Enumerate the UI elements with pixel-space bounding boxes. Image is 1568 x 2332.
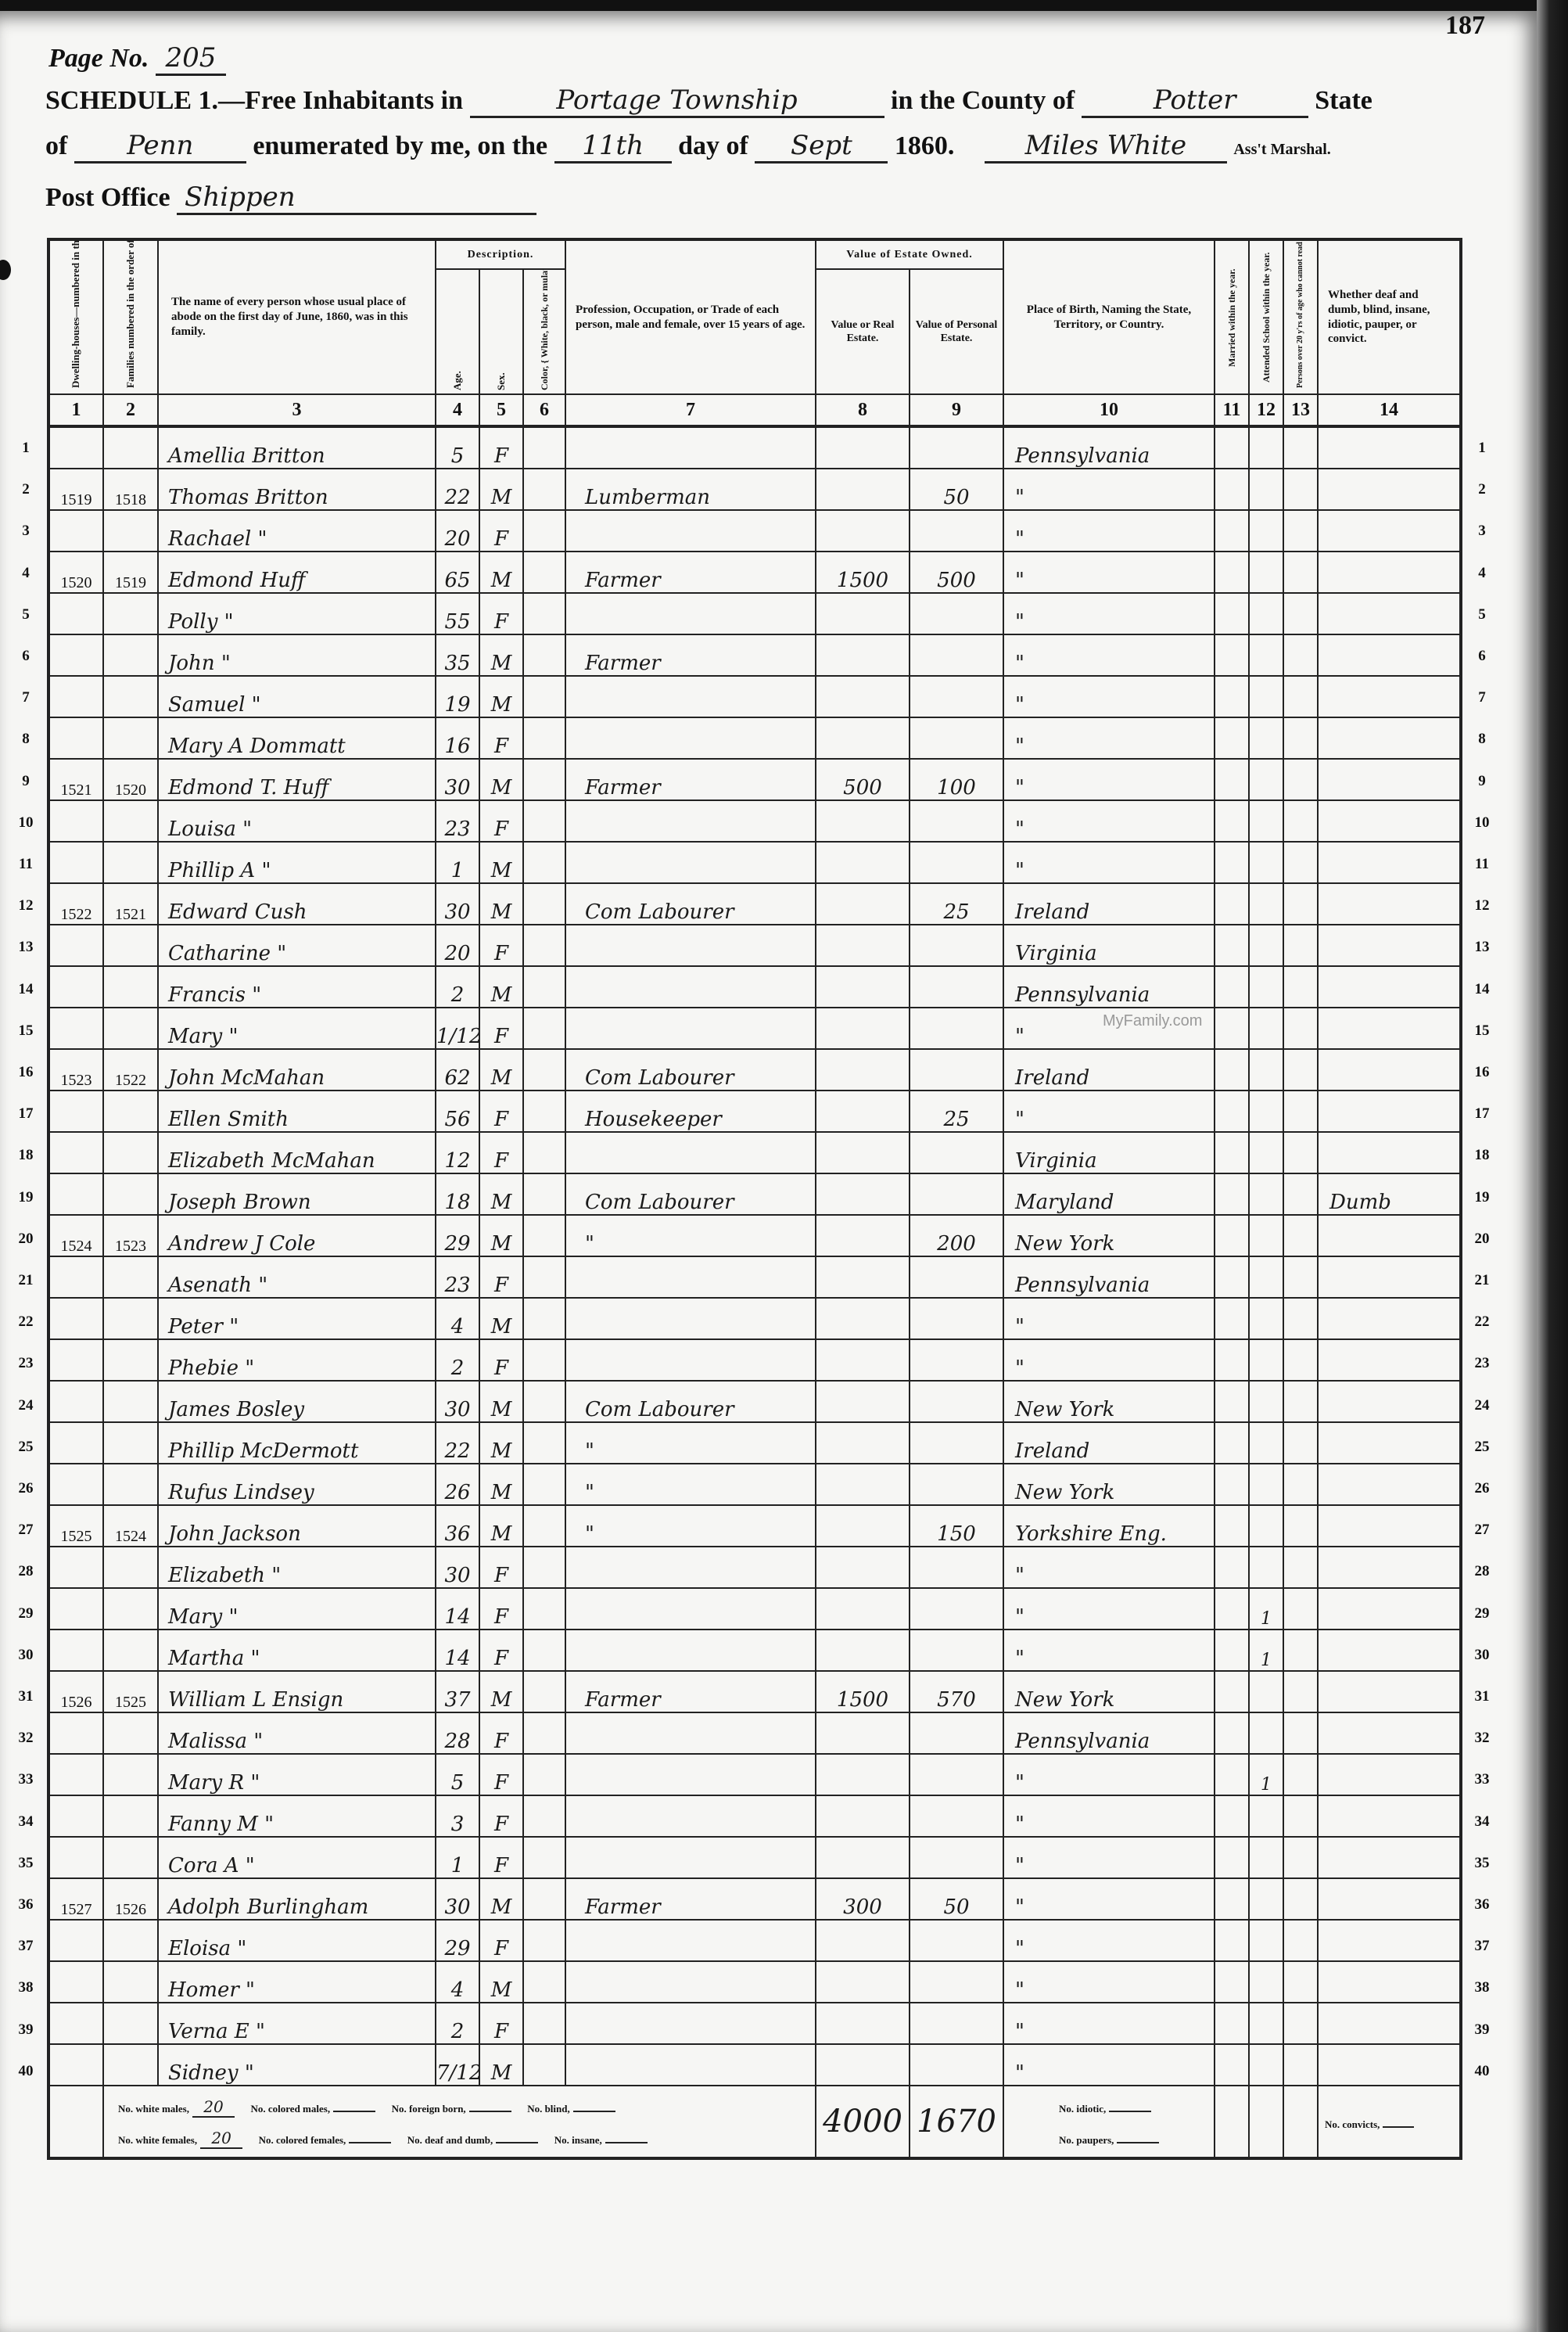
- enumeration-line: of Penn enumerated by me, on the 11th da…: [45, 130, 1331, 163]
- line-number: 10: [14, 814, 38, 832]
- birthplace-cell: ": [1003, 1878, 1215, 1920]
- sex-cell: M: [479, 552, 523, 593]
- sex-cell: F: [479, 2003, 523, 2044]
- line-number: 24: [14, 1397, 38, 1414]
- illiterate-cell: [1283, 2044, 1318, 2086]
- line-number: 21: [14, 1272, 38, 1289]
- person-name: Louisa ": [158, 800, 436, 842]
- real-estate-cell: [816, 1091, 910, 1132]
- line-number: 26: [1470, 1480, 1494, 1497]
- line-number: 31: [14, 1688, 38, 1705]
- occupation-cell: [565, 1920, 816, 1961]
- family-number: [103, 800, 158, 842]
- illiterate-cell: [1283, 842, 1318, 883]
- age-cell: 20: [436, 510, 479, 552]
- personal-estate-cell: [910, 1008, 1003, 1049]
- line-number: 32: [1470, 1730, 1494, 1747]
- age-cell: 19: [436, 676, 479, 717]
- line-number: 25: [1470, 1439, 1494, 1456]
- birthplace-cell: ": [1003, 1630, 1215, 1671]
- table-row: Francis "2MPennsylvania: [48, 966, 1461, 1008]
- convicts-value: [1383, 2126, 1414, 2128]
- schedule-line: SCHEDULE 1.—Free Inhabitants in Portage …: [45, 84, 1372, 118]
- header-estate: Value of Estate Owned.: [816, 239, 1003, 269]
- real-estate-cell: [816, 717, 910, 759]
- birthplace-cell: ": [1003, 1588, 1215, 1630]
- age-cell: 1: [436, 1837, 479, 1878]
- table-row: Joseph Brown18MCom LabourerMarylandDumb: [48, 1173, 1461, 1215]
- line-number: 6: [14, 648, 38, 665]
- family-number: 1521: [103, 883, 158, 925]
- family-number: [103, 1961, 158, 2003]
- age-cell: 35: [436, 634, 479, 676]
- birthplace-cell: ": [1003, 510, 1215, 552]
- disability-cell: [1318, 1588, 1461, 1630]
- color-cell: [523, 1795, 565, 1837]
- family-number: [103, 1298, 158, 1339]
- occupation-cell: [565, 426, 816, 469]
- line-number: 40: [1470, 2063, 1494, 2080]
- sex-cell: F: [479, 717, 523, 759]
- married-cell: [1215, 1547, 1249, 1588]
- color-cell: [523, 1961, 565, 2003]
- line-number: 12: [14, 897, 38, 914]
- dwelling-number: 1522: [48, 883, 103, 925]
- personal-estate-cell: [910, 1339, 1003, 1381]
- sex-cell: F: [479, 426, 523, 469]
- col-number: 8: [816, 394, 910, 426]
- family-number: [103, 593, 158, 634]
- married-cell: [1215, 1381, 1249, 1422]
- birthplace-cell: ": [1003, 1547, 1215, 1588]
- school-cell: [1249, 552, 1283, 593]
- school-cell: [1249, 426, 1283, 469]
- occupation-cell: [565, 717, 816, 759]
- table-row: Peter "4M": [48, 1298, 1461, 1339]
- married-cell: [1215, 1630, 1249, 1671]
- age-cell: 30: [436, 883, 479, 925]
- dwelling-number: [48, 1795, 103, 1837]
- birthplace-cell: ": [1003, 842, 1215, 883]
- married-cell: [1215, 1339, 1249, 1381]
- county-value: Potter: [1082, 84, 1308, 118]
- deaf-dumb-label: No. deaf and dumb,: [407, 2134, 493, 2146]
- personal-estate-cell: [910, 426, 1003, 469]
- school-cell: 1: [1249, 1588, 1283, 1630]
- header-illiterate: Persons over 20 y'rs of age who cannot r…: [1283, 239, 1318, 394]
- illiterate-cell: [1283, 1754, 1318, 1795]
- header-personal-estate: Value of Personal Estate.: [910, 269, 1003, 394]
- real-estate-cell: [816, 1049, 910, 1091]
- col-number: 1: [48, 394, 103, 426]
- person-name: Samuel ": [158, 676, 436, 717]
- sex-cell: F: [479, 1795, 523, 1837]
- real-estate-cell: [816, 593, 910, 634]
- real-estate-cell: [816, 1754, 910, 1795]
- real-estate-cell: [816, 1215, 910, 1256]
- line-number: 39: [1470, 2021, 1494, 2039]
- table-row: Mary A Dommatt16F": [48, 717, 1461, 759]
- color-cell: [523, 1671, 565, 1712]
- occupation-cell: [565, 1339, 816, 1381]
- person-name: Polly ": [158, 593, 436, 634]
- line-number: 8: [1470, 731, 1494, 748]
- real-estate-cell: [816, 1961, 910, 2003]
- real-estate-cell: [816, 1630, 910, 1671]
- personal-estate-cell: [910, 2003, 1003, 2044]
- illiterate-cell: [1283, 759, 1318, 800]
- disability-cell: [1318, 1961, 1461, 2003]
- column-number-row: 1 2 3 4 5 6 7 8 9 10 11 12 13 14: [48, 394, 1461, 426]
- occupation-cell: ": [565, 1505, 816, 1547]
- school-cell: [1249, 883, 1283, 925]
- occupation-cell: [565, 1712, 816, 1754]
- personal-estate-cell: 25: [910, 883, 1003, 925]
- illiterate-cell: [1283, 1215, 1318, 1256]
- illiterate-cell: [1283, 1712, 1318, 1754]
- table-row: Homer "4M": [48, 1961, 1461, 2003]
- illiterate-cell: [1283, 1795, 1318, 1837]
- birthplace-cell: Ireland: [1003, 1422, 1215, 1464]
- occupation-cell: Farmer: [565, 1671, 816, 1712]
- color-cell: [523, 1505, 565, 1547]
- married-cell: [1215, 426, 1249, 469]
- table-row: Eloisa "29F": [48, 1920, 1461, 1961]
- dwelling-number: [48, 1712, 103, 1754]
- married-cell: [1215, 1091, 1249, 1132]
- dwelling-number: [48, 1339, 103, 1381]
- white-males-value: 20: [192, 2097, 235, 2118]
- personal-estate-total: 1670: [910, 2086, 1003, 2158]
- real-estate-cell: [816, 1505, 910, 1547]
- watermark: MyFamily.com: [1103, 1012, 1202, 1030]
- family-number: [103, 1173, 158, 1215]
- blind-label: No. blind,: [527, 2103, 570, 2115]
- person-name: Verna E ": [158, 2003, 436, 2044]
- real-estate-cell: [816, 1422, 910, 1464]
- table-row: 15241523Andrew J Cole29M"200New York: [48, 1215, 1461, 1256]
- married-cell: [1215, 1256, 1249, 1298]
- illiterate-cell: [1283, 469, 1318, 510]
- line-number: 2: [1470, 481, 1494, 498]
- personal-estate-cell: 100: [910, 759, 1003, 800]
- insane-value: [605, 2142, 648, 2143]
- sex-cell: F: [479, 1547, 523, 1588]
- real-estate-cell: 1500: [816, 552, 910, 593]
- dwelling-number: [48, 1961, 103, 2003]
- census-rows: Amellia Britton5FPennsylvania15191518Tho…: [48, 426, 1461, 2086]
- personal-estate-cell: [910, 1173, 1003, 1215]
- line-number: 35: [1470, 1855, 1494, 1872]
- age-cell: 4: [436, 1961, 479, 2003]
- col-number: 4: [436, 394, 479, 426]
- occupation-cell: [565, 510, 816, 552]
- sex-cell: M: [479, 1381, 523, 1422]
- day-of-label: day of: [678, 131, 748, 160]
- school-cell: 1: [1249, 1754, 1283, 1795]
- school-cell: [1249, 1671, 1283, 1712]
- table-row: Mary "1/12F": [48, 1008, 1461, 1049]
- line-number: 5: [1470, 606, 1494, 623]
- person-name: Edmond Huff: [158, 552, 436, 593]
- school-cell: [1249, 1049, 1283, 1091]
- married-cell: [1215, 552, 1249, 593]
- person-name: Martha ": [158, 1630, 436, 1671]
- line-number: 21: [1470, 1272, 1494, 1289]
- dwelling-number: 1526: [48, 1671, 103, 1712]
- dwelling-number: [48, 2003, 103, 2044]
- age-cell: 37: [436, 1671, 479, 1712]
- color-cell: [523, 1547, 565, 1588]
- family-number: [103, 1547, 158, 1588]
- line-number: 39: [14, 2021, 38, 2039]
- person-name: William L Ensign: [158, 1671, 436, 1712]
- person-name: Joseph Brown: [158, 1173, 436, 1215]
- illiterate-cell: [1283, 966, 1318, 1008]
- scan-border-right: [1537, 0, 1568, 2332]
- birthplace-cell: ": [1003, 759, 1215, 800]
- family-number: [103, 1256, 158, 1298]
- table-row: 15231522John McMahan62MCom LabourerIrela…: [48, 1049, 1461, 1091]
- age-cell: 36: [436, 1505, 479, 1547]
- birthplace-cell: Virginia: [1003, 925, 1215, 966]
- sex-cell: M: [479, 676, 523, 717]
- color-cell: [523, 634, 565, 676]
- sex-cell: M: [479, 634, 523, 676]
- table-row: 15191518Thomas Britton22MLumberman50": [48, 469, 1461, 510]
- line-number: 33: [14, 1771, 38, 1788]
- post-office-value: Shippen: [177, 181, 536, 215]
- line-number: 17: [14, 1105, 38, 1123]
- col-number: 13: [1283, 394, 1318, 426]
- sex-cell: F: [479, 593, 523, 634]
- family-number: [103, 925, 158, 966]
- line-number: 36: [1470, 1896, 1494, 1913]
- sex-cell: F: [479, 1712, 523, 1754]
- table-row: Rufus Lindsey26M"New York: [48, 1464, 1461, 1505]
- sex-cell: M: [479, 1215, 523, 1256]
- family-number: [103, 1132, 158, 1173]
- table-row: Louisa "23F": [48, 800, 1461, 842]
- white-females-label: No. white females,: [118, 2134, 197, 2146]
- personal-estate-cell: [910, 1422, 1003, 1464]
- birthplace-cell: ": [1003, 1754, 1215, 1795]
- colored-males-value: [333, 2111, 375, 2112]
- disability-cell: [1318, 1256, 1461, 1298]
- family-number: [103, 1381, 158, 1422]
- disability-cell: [1318, 2003, 1461, 2044]
- line-number: 9: [1470, 773, 1494, 790]
- enumerated-label: enumerated by me, on the: [253, 131, 547, 160]
- family-number: [103, 1920, 158, 1961]
- page-number-line: Page No. 205: [48, 42, 226, 76]
- birthplace-cell: Virginia: [1003, 1132, 1215, 1173]
- table-row: John "35MFarmer": [48, 634, 1461, 676]
- occupation-cell: [565, 1961, 816, 2003]
- sex-cell: F: [479, 1920, 523, 1961]
- dwelling-number: [48, 1132, 103, 1173]
- school-cell: [1249, 593, 1283, 634]
- line-number: 28: [1470, 1563, 1494, 1580]
- disability-cell: [1318, 1215, 1461, 1256]
- person-name: Elizabeth McMahan: [158, 1132, 436, 1173]
- table-row: 15251524John Jackson36M"150Yorkshire Eng…: [48, 1505, 1461, 1547]
- personal-estate-cell: [910, 676, 1003, 717]
- age-cell: 2: [436, 966, 479, 1008]
- real-estate-cell: [816, 676, 910, 717]
- person-name: Cora A ": [158, 1837, 436, 1878]
- foreign-born-value: [469, 2111, 511, 2112]
- real-estate-cell: [816, 1920, 910, 1961]
- married-cell: [1215, 469, 1249, 510]
- table-row: Sidney "7/12M": [48, 2044, 1461, 2086]
- person-name: Peter ": [158, 1298, 436, 1339]
- color-cell: [523, 2003, 565, 2044]
- personal-estate-cell: [910, 1712, 1003, 1754]
- age-cell: 30: [436, 1381, 479, 1422]
- table-row: 15221521Edward Cush30MCom Labourer25Irel…: [48, 883, 1461, 925]
- personal-estate-cell: [910, 1132, 1003, 1173]
- line-number: 38: [1470, 1979, 1494, 1996]
- school-cell: [1249, 469, 1283, 510]
- occupation-cell: Farmer: [565, 634, 816, 676]
- birthplace-cell: New York: [1003, 1464, 1215, 1505]
- sex-cell: M: [479, 759, 523, 800]
- age-cell: 30: [436, 1547, 479, 1588]
- table-row: Elizabeth McMahan12FVirginia: [48, 1132, 1461, 1173]
- line-number: 6: [1470, 648, 1494, 665]
- real-estate-cell: [816, 1381, 910, 1422]
- personal-estate-cell: [910, 1961, 1003, 2003]
- family-number: [103, 1422, 158, 1464]
- real-estate-cell: [816, 1588, 910, 1630]
- person-name: Homer ": [158, 1961, 436, 2003]
- birthplace-cell: ": [1003, 1795, 1215, 1837]
- school-cell: [1249, 1837, 1283, 1878]
- real-estate-cell: [816, 1464, 910, 1505]
- dwelling-number: [48, 1754, 103, 1795]
- convicts-label: No. convicts,: [1325, 2118, 1380, 2130]
- table-row: 15261525William L Ensign37MFarmer1500570…: [48, 1671, 1461, 1712]
- color-cell: [523, 1215, 565, 1256]
- header-married: Married within the year.: [1215, 239, 1249, 394]
- line-number: 1: [1470, 440, 1494, 457]
- person-name: Sidney ": [158, 2044, 436, 2086]
- personal-estate-cell: [910, 1049, 1003, 1091]
- page-number: 205: [156, 42, 226, 76]
- personal-estate-cell: 200: [910, 1215, 1003, 1256]
- disability-cell: [1318, 1878, 1461, 1920]
- line-number: 15: [14, 1022, 38, 1040]
- birthplace-cell: Ireland: [1003, 1049, 1215, 1091]
- personal-estate-cell: 570: [910, 1671, 1003, 1712]
- age-cell: 62: [436, 1049, 479, 1091]
- color-cell: [523, 1132, 565, 1173]
- person-name: Francis ": [158, 966, 436, 1008]
- color-cell: [523, 426, 565, 469]
- line-number: 40: [14, 2063, 38, 2080]
- school-cell: [1249, 2044, 1283, 2086]
- birthplace-cell: Pennsylvania: [1003, 966, 1215, 1008]
- married-cell: [1215, 759, 1249, 800]
- personal-estate-cell: [910, 2044, 1003, 2086]
- disability-cell: [1318, 883, 1461, 925]
- school-cell: [1249, 1961, 1283, 2003]
- disability-cell: [1318, 634, 1461, 676]
- family-number: [103, 510, 158, 552]
- sex-cell: M: [479, 883, 523, 925]
- family-number: [103, 1091, 158, 1132]
- township-value: Portage Township: [470, 84, 884, 118]
- idiotic-value: [1109, 2111, 1151, 2112]
- person-name: Edmond T. Huff: [158, 759, 436, 800]
- person-name: James Bosley: [158, 1381, 436, 1422]
- person-name: Amellia Britton: [158, 426, 436, 469]
- illiterate-cell: [1283, 426, 1318, 469]
- married-cell: [1215, 1920, 1249, 1961]
- disability-cell: Dumb: [1318, 1173, 1461, 1215]
- col-number: 11: [1215, 394, 1249, 426]
- line-number: 2: [14, 481, 38, 498]
- color-cell: [523, 1173, 565, 1215]
- family-number: [103, 717, 158, 759]
- marshal-name: Miles White: [985, 130, 1227, 163]
- line-number: 20: [1470, 1231, 1494, 1248]
- illiterate-cell: [1283, 925, 1318, 966]
- header-family: Families numbered in the order of visita…: [103, 239, 158, 394]
- dwelling-number: 1525: [48, 1505, 103, 1547]
- real-estate-cell: [816, 925, 910, 966]
- dwelling-number: [48, 1173, 103, 1215]
- occupation-cell: Com Labourer: [565, 883, 816, 925]
- sex-cell: M: [479, 1422, 523, 1464]
- school-cell: [1249, 925, 1283, 966]
- age-cell: 2: [436, 2003, 479, 2044]
- sex-cell: M: [479, 1505, 523, 1547]
- married-cell: [1215, 925, 1249, 966]
- birthplace-cell: Pennsylvania: [1003, 426, 1215, 469]
- real-estate-cell: [816, 1339, 910, 1381]
- illiterate-cell: [1283, 1008, 1318, 1049]
- personal-estate-cell: [910, 1837, 1003, 1878]
- school-cell: [1249, 759, 1283, 800]
- dwelling-number: [48, 1630, 103, 1671]
- line-number: 27: [1470, 1522, 1494, 1539]
- line-number: 3: [14, 523, 38, 540]
- color-cell: [523, 1878, 565, 1920]
- col-number: 14: [1318, 394, 1461, 426]
- illiterate-cell: [1283, 1091, 1318, 1132]
- married-cell: [1215, 1837, 1249, 1878]
- illiterate-cell: [1283, 1049, 1318, 1091]
- occupation-cell: [565, 1837, 816, 1878]
- occupation-cell: Farmer: [565, 759, 816, 800]
- dwelling-number: 1527: [48, 1878, 103, 1920]
- disability-cell: [1318, 1091, 1461, 1132]
- age-cell: 26: [436, 1464, 479, 1505]
- school-cell: [1249, 2003, 1283, 2044]
- person-name: Andrew J Cole: [158, 1215, 436, 1256]
- occupation-cell: Housekeeper: [565, 1091, 816, 1132]
- line-number: 35: [14, 1855, 38, 1872]
- occupation-cell: [565, 2003, 816, 2044]
- school-cell: [1249, 1339, 1283, 1381]
- dwelling-number: 1523: [48, 1049, 103, 1091]
- school-cell: [1249, 1091, 1283, 1132]
- school-cell: [1249, 1505, 1283, 1547]
- schedule-title: SCHEDULE 1.—Free Inhabitants in: [45, 86, 463, 115]
- family-number: [103, 1008, 158, 1049]
